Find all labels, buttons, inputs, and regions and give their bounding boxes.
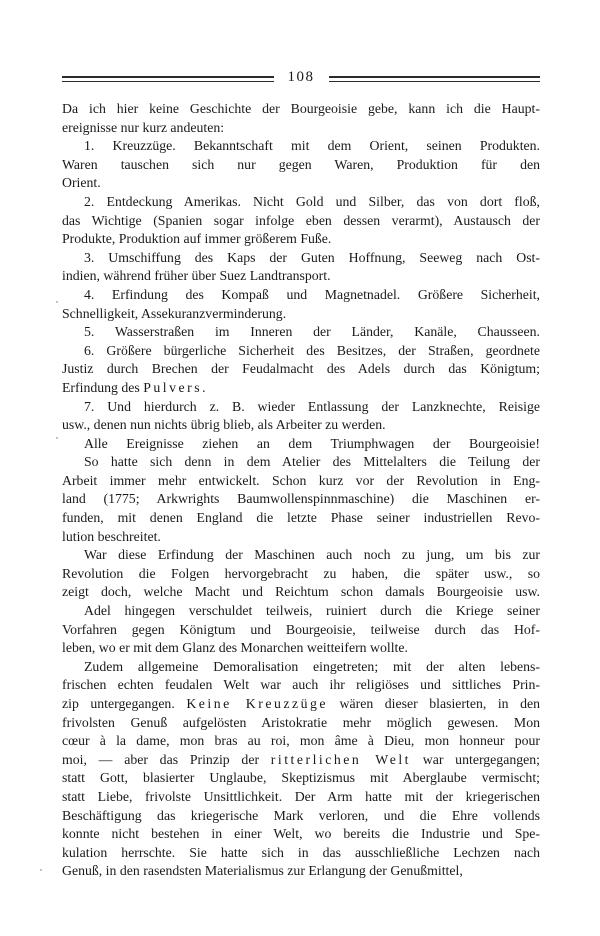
text-line: das Wichtige (Spanien sogar infolge eben… <box>62 212 540 231</box>
text-line: leben, wo er mit dem Glanz des Monarchen… <box>62 639 540 658</box>
text-segment: land (1775; Arkwrights Baumwollenspinnma… <box>62 491 540 506</box>
text-line: War diese Erfindung der Maschinen auch n… <box>62 546 540 565</box>
scan-speck <box>56 301 58 303</box>
text-segment: 1. Kreuzzüge. Bekanntschaft mit dem Orie… <box>84 138 540 153</box>
text-segment: Revolution die Folgen hervorgebracht zu … <box>62 566 540 581</box>
text-line: Da ich hier keine Geschichte der Bourgeo… <box>62 100 540 119</box>
book-page: 108 Da ich hier keine Geschichte der Bou… <box>0 0 600 936</box>
text-line: ereignisse nur kurz andeuten: <box>62 119 540 138</box>
text-segment: So hatte sich denn in dem Atelier des Mi… <box>84 454 540 469</box>
text-segment: wären dieser blasierten, in den <box>328 696 540 711</box>
text-line: 5. Wasserstraßen im Inneren der Länder, … <box>62 323 540 342</box>
page-number: 108 <box>274 70 329 85</box>
text-line: Zudem allgemeine Demoralisation eingetre… <box>62 658 540 677</box>
text-segment: indien, während früher über Suez Landtra… <box>62 268 331 283</box>
text-segment: 5. Wasserstraßen im Inneren der Länder, … <box>84 324 540 339</box>
text-line: frivolsten Genuß aufgelösten Aristokrati… <box>62 714 540 733</box>
text-segment: 7. Und hierdurch z. B. wieder Entlassung… <box>84 399 540 414</box>
text-segment: Genuß, in den rasendsten Materialismus z… <box>62 863 463 878</box>
text-line: Vorfahren gegen Königtum und Bourgeoisie… <box>62 621 540 640</box>
text-line: usw., denen nun nichts übrig blieb, als … <box>62 416 540 435</box>
text-segment: Alle Ereignisse ziehen an dem Triumphwag… <box>84 436 540 451</box>
text-line: So hatte sich denn in dem Atelier des Mi… <box>62 453 540 472</box>
text-line: Produkte, Produktion auf immer größerem … <box>62 230 540 249</box>
text-segment: funden, mit denen England die letzte Pha… <box>62 510 540 525</box>
text-segment: Zudem allgemeine Demoralisation eingetre… <box>84 659 540 674</box>
page-body: Da ich hier keine Geschichte der Bourgeo… <box>62 100 540 881</box>
text-segment: usw., denen nun nichts übrig blieb, als … <box>62 417 386 432</box>
emphasized-text: Pulvers <box>143 380 202 395</box>
text-line: Schnelligkeit, Assekuranzverminderung. <box>62 305 540 324</box>
text-segment: . <box>202 380 205 395</box>
text-line: Revolution die Folgen hervorgebracht zu … <box>62 565 540 584</box>
text-segment: war untergegangen; <box>411 752 540 767</box>
text-segment: frivolsten Genuß aufgelösten Aristokrati… <box>62 715 540 730</box>
text-segment: konnte nicht bestehen in einer Welt, wo … <box>62 826 540 841</box>
text-line: Justiz durch Brechen der Feudalmacht des… <box>62 360 540 379</box>
text-segment: Beschäftigung das kriegerische Mark verl… <box>62 808 540 823</box>
text-segment: Da ich hier keine Geschichte der Bourgeo… <box>62 101 540 116</box>
text-line: cœur à la dame, mon bras au roi, mon âme… <box>62 732 540 751</box>
text-line: Alle Ereignisse ziehen an dem Triumphwag… <box>62 435 540 454</box>
text-segment: Orient. <box>62 175 101 190</box>
text-segment: Arbeit immer mehr entwickelt. Schon kurz… <box>62 473 540 488</box>
text-line: lution beschreitet. <box>62 528 540 547</box>
text-line: zeigt doch, welche Macht und Reichtum sc… <box>62 583 540 602</box>
header-rule-right <box>329 76 541 82</box>
text-segment: frischen echten feudalen Welt war auch i… <box>62 677 540 692</box>
text-line: Adel hingegen verschuldet teilweis, ruin… <box>62 602 540 621</box>
text-segment: 3. Umschiffung des Kaps der Guten Hoffnu… <box>84 250 540 265</box>
text-line: 2. Entdeckung Amerikas. Nicht Gold und S… <box>62 193 540 212</box>
text-line: 6. Größere bürgerliche Sicherheit des Be… <box>62 342 540 361</box>
text-line: kulation herrschte. Sie hatte sich in da… <box>62 844 540 863</box>
emphasized-text: Keine Kreuzzüge <box>186 696 328 711</box>
text-segment: Justiz durch Brechen der Feudalmacht des… <box>62 361 540 376</box>
text-segment: lution beschreitet. <box>62 529 161 544</box>
text-segment: kulation herrschte. Sie hatte sich in da… <box>62 845 540 860</box>
text-segment: 2. Entdeckung Amerikas. Nicht Gold und S… <box>84 194 540 209</box>
header-rule-left <box>62 76 274 82</box>
text-segment: Waren tauschen sich nur gegen Waren, Pro… <box>62 157 540 172</box>
text-segment: ereignisse nur kurz andeuten: <box>62 120 224 135</box>
text-segment: Produkte, Produktion auf immer größerem … <box>62 231 331 246</box>
text-line: funden, mit denen England die letzte Pha… <box>62 509 540 528</box>
text-line: Waren tauschen sich nur gegen Waren, Pro… <box>62 156 540 175</box>
text-segment: Schnelligkeit, Assekuranzverminderung. <box>62 306 286 321</box>
text-segment: Erfindung des <box>62 380 143 395</box>
text-line: zip untergegangen. Keine Kreuzzüge wären… <box>62 695 540 714</box>
text-segment: Vorfahren gegen Königtum und Bourgeoisie… <box>62 622 540 637</box>
text-line: 7. Und hierdurch z. B. wieder Entlassung… <box>62 398 540 417</box>
text-line: Erfindung des Pulvers. <box>62 379 540 398</box>
text-segment: cœur à la dame, mon bras au roi, mon âme… <box>62 733 540 748</box>
page-header: 108 <box>62 71 540 86</box>
text-line: moi, — aber das Prinzip der ritterlichen… <box>62 751 540 770</box>
text-segment: War diese Erfindung der Maschinen auch n… <box>84 547 540 562</box>
text-segment: 6. Größere bürgerliche Sicherheit des Be… <box>84 343 540 358</box>
text-line: frischen echten feudalen Welt war auch i… <box>62 676 540 695</box>
text-line: land (1775; Arkwrights Baumwollenspinnma… <box>62 490 540 509</box>
text-line: statt Liebe, frivolste Unsittlichkeit. D… <box>62 788 540 807</box>
text-segment: statt Gott, blasierter Unglaube, Skeptiz… <box>62 770 540 785</box>
text-line: Orient. <box>62 174 540 193</box>
text-line: 3. Umschiffung des Kaps der Guten Hoffnu… <box>62 249 540 268</box>
text-line: 1. Kreuzzüge. Bekanntschaft mit dem Orie… <box>62 137 540 156</box>
text-line: 4. Erfindung des Kompaß und Magnetnadel.… <box>62 286 540 305</box>
scan-speck <box>40 869 42 871</box>
scan-speck <box>56 437 58 439</box>
text-line: statt Gott, blasierter Unglaube, Skeptiz… <box>62 769 540 788</box>
text-line: indien, während früher über Suez Landtra… <box>62 267 540 286</box>
text-segment: 4. Erfindung des Kompaß und Magnetnadel.… <box>84 287 540 302</box>
text-segment: zeigt doch, welche Macht und Reichtum sc… <box>62 584 540 599</box>
text-line: Genuß, in den rasendsten Materialismus z… <box>62 862 540 881</box>
emphasized-text: ritterlichen Welt <box>271 752 411 767</box>
text-line: Beschäftigung das kriegerische Mark verl… <box>62 807 540 826</box>
text-line: Arbeit immer mehr entwickelt. Schon kurz… <box>62 472 540 491</box>
text-segment: zip untergegangen. <box>62 696 186 711</box>
text-line: konnte nicht bestehen in einer Welt, wo … <box>62 825 540 844</box>
text-segment: leben, wo er mit dem Glanz des Monarchen… <box>62 640 408 655</box>
text-segment: das Wichtige (Spanien sogar infolge eben… <box>62 213 540 228</box>
text-segment: statt Liebe, frivolste Unsittlichkeit. D… <box>62 789 540 804</box>
text-segment: moi, — aber das Prinzip der <box>62 752 271 767</box>
text-segment: Adel hingegen verschuldet teilweis, ruin… <box>84 603 540 618</box>
